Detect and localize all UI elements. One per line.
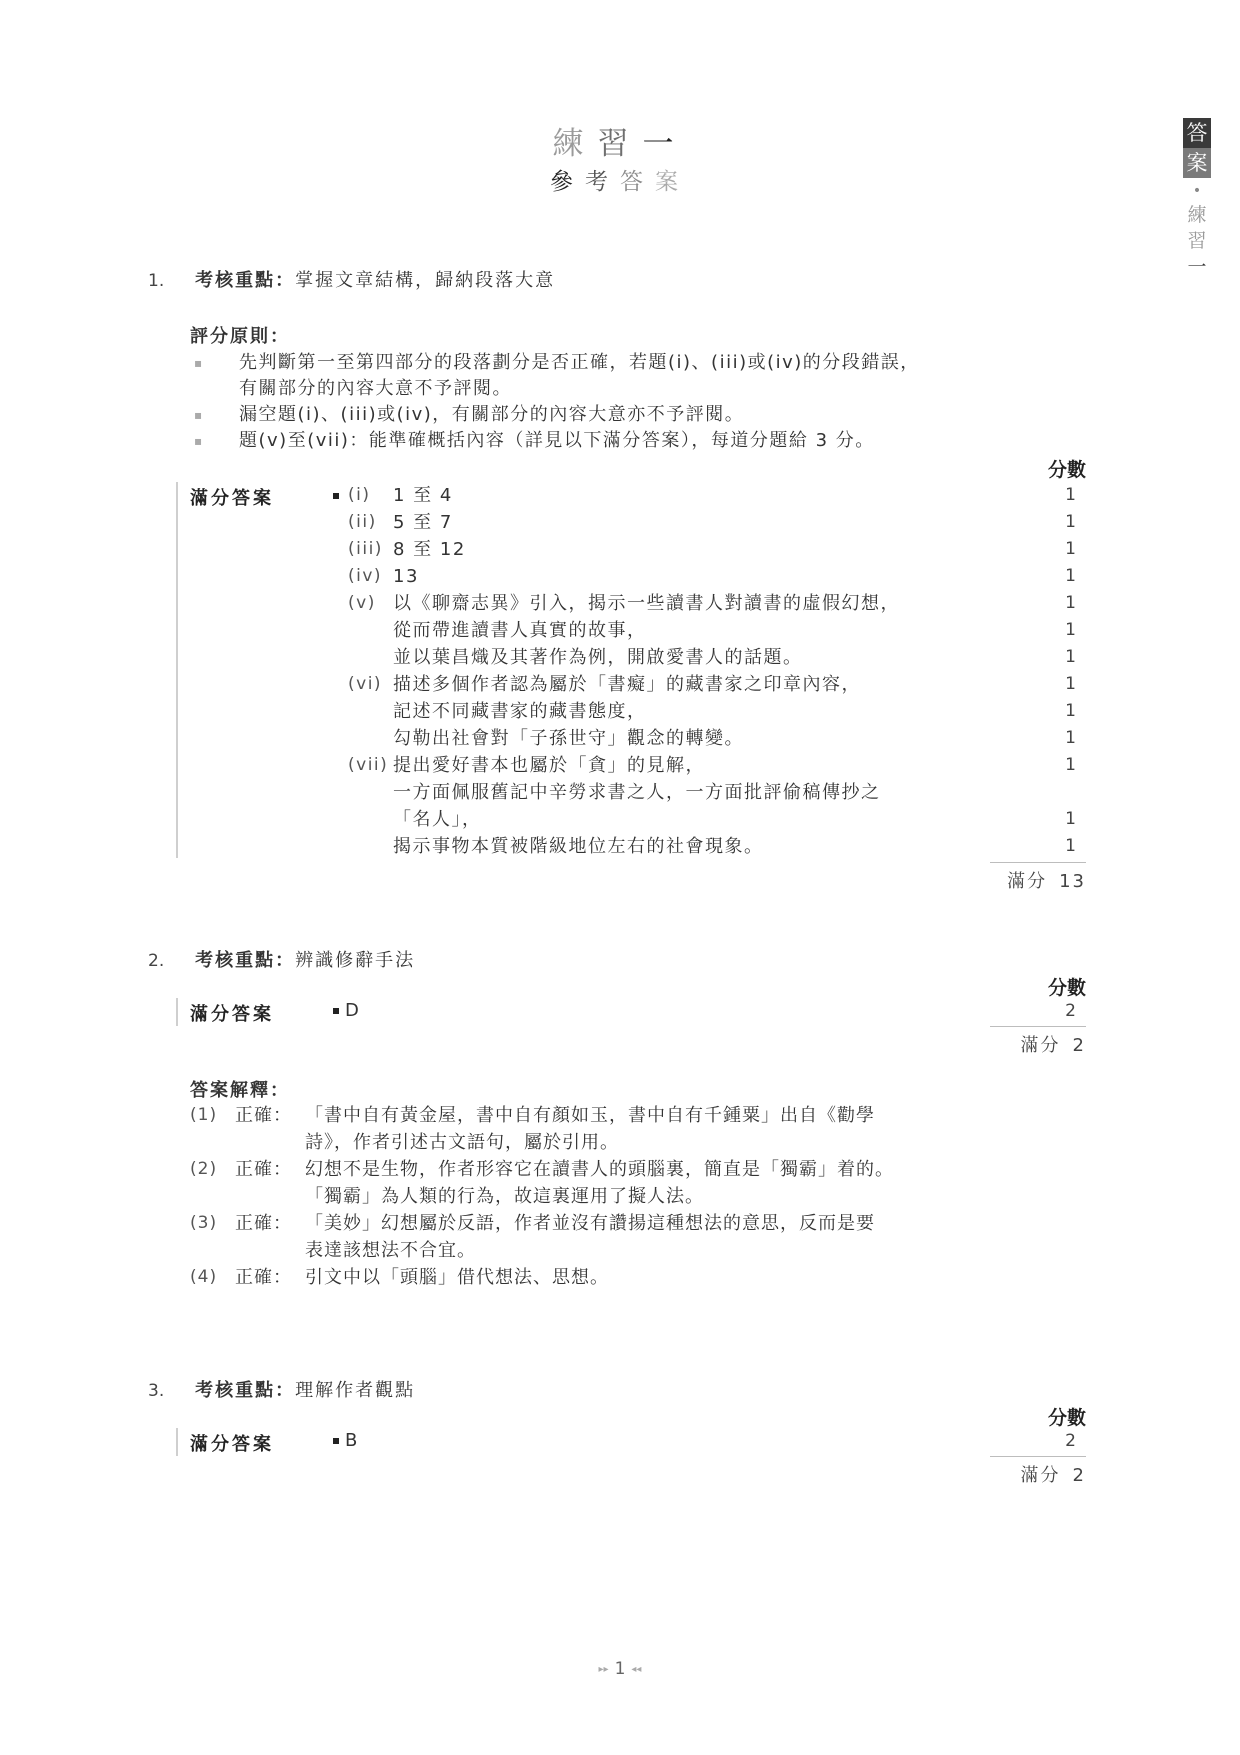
answer-bar (176, 482, 180, 858)
answer-row: (vi)描述多個作者認為屬於「書癡」的藏書家之印章內容， (348, 671, 988, 698)
question-3-focus: 3. 考核重點：理解作者觀點 (148, 1376, 948, 1402)
subtitle-char: 參 (550, 169, 585, 195)
full-answer-label: 滿分答案 (190, 1000, 274, 1026)
question-1-focus: 1. 考核重點：掌握文章結構，歸納段落大意 (148, 266, 948, 292)
score-heading: 分數 (1000, 1403, 1086, 1430)
score-value: 1 (1000, 536, 1076, 563)
rule-text: 有關部分的內容大意不予評閱。 (239, 376, 512, 402)
side-tab-vertical-text: 練 習 一 (1183, 202, 1211, 280)
question-2-focus: 2. 考核重點：辨識修辭手法 (148, 946, 948, 972)
full-answer-label: 滿分答案 (190, 484, 274, 510)
score-value: 2 (1000, 1428, 1076, 1455)
answer-row: (v)以《聊齋志異》引入，揭示一些讀書人對讀書的虛假幻想， (348, 590, 988, 617)
explanation-list: (1)正確：「書中自有黃金屋，書中自有顏如玉，書中自有千鍾粟」出自《勸學 詩》，… (190, 1102, 990, 1291)
page-subtitle: 參考答案 (0, 163, 1240, 196)
page-number: 1 (615, 1659, 626, 1679)
rule-item-continued: 有關部分的內容大意不予評閱。 (190, 376, 1010, 402)
side-tab-char: 習 (1183, 228, 1211, 254)
focus-label: 考核重點： (195, 270, 295, 291)
rules-list: ▪先判斷第一至第四部分的段落劃分是否正確，若題(i)、(iii)或(iv)的分段… (190, 350, 1010, 454)
score-value: 1 (1000, 482, 1076, 509)
answer-row: (vii)提出愛好書本也屬於「貪」的見解， (348, 752, 988, 779)
score-value (1000, 779, 1076, 806)
answer-row: 一方面佩服舊記中辛勞求書之人，一方面批評偷稿傳抄之 (348, 779, 988, 806)
rules-heading: 評分原則： (190, 322, 290, 348)
focus-text: 掌握文章結構，歸納段落大意 (295, 270, 555, 291)
square-bullet-icon (333, 485, 345, 504)
explanation-heading: 答案解釋： (190, 1076, 290, 1102)
right-arrows-icon: ▸▸ (599, 1664, 609, 1675)
question-number: 1. (148, 271, 190, 291)
answer-value: B (333, 1430, 359, 1451)
score-value: 1 (1000, 590, 1076, 617)
square-bullet-icon: ▪ (190, 402, 239, 428)
square-bullet-icon: ▪ (190, 350, 239, 376)
rule-text: 題(v)至(vii)：能準確概括內容（詳見以下滿分答案），每道分題給 3 分。 (239, 428, 875, 454)
answer-row: (iv)13 (348, 563, 988, 590)
score-value: 1 (1000, 833, 1076, 860)
score-column: 1 1 1 1 1 1 1 1 1 1 1 1 1 (1000, 482, 1076, 860)
title-char: 習 (598, 126, 643, 162)
side-tab-box-dark: 答 (1183, 118, 1211, 148)
total-score: 滿分13 (990, 862, 1086, 893)
answer-row: 記述不同藏書家的藏書態度， (348, 698, 988, 725)
score-value: 1 (1000, 671, 1076, 698)
answer-row: 從而帶進讀書人真實的故事， (348, 617, 988, 644)
answer-row: 並以葉昌熾及其著作為例，開啟愛書人的話題。 (348, 644, 988, 671)
rule-text: 先判斷第一至第四部分的段落劃分是否正確，若題(i)、(iii)或(iv)的分段錯… (239, 350, 920, 376)
total-score: 滿分2 (990, 1026, 1086, 1057)
left-arrows-icon: ◂◂ (631, 1664, 641, 1675)
score-heading: 分數 (1000, 973, 1086, 1000)
score-value: 1 (1000, 563, 1076, 590)
score-column: 2 (1000, 998, 1076, 1025)
score-value: 2 (1000, 998, 1076, 1025)
explanation-item: (3)正確：「美妙」幻想屬於反語，作者並沒有讚揚這種想法的意思，反而是要 (190, 1210, 990, 1237)
side-tab-char: 一 (1183, 254, 1211, 280)
answer-row: 勾勒出社會對「子孫世守」觀念的轉變。 (348, 725, 988, 752)
square-bullet-icon: ▪ (190, 428, 239, 454)
focus-text: 理解作者觀點 (295, 1380, 415, 1401)
section-side-tab: 答 案 • 練 習 一 (1183, 118, 1211, 280)
answer-row: (ii)5 至 7 (348, 509, 988, 536)
score-column: 2 (1000, 1428, 1076, 1455)
square-bullet-icon (333, 1008, 339, 1014)
title-char: 一 (643, 126, 688, 162)
rule-text: 漏空題(i)、(iii)或(iv)，有關部分的內容大意亦不予評閱。 (239, 402, 744, 428)
side-tab-dot: • (1183, 184, 1211, 198)
total-score: 滿分2 (990, 1456, 1086, 1487)
explanation-item: (2)正確：幻想不是生物，作者形容它在讀書人的頭腦裏，簡直是「獨霸」着的。 (190, 1156, 990, 1183)
question-number: 3. (148, 1381, 190, 1401)
answer-row: (iii)8 至 12 (348, 536, 988, 563)
title-char: 練 (553, 126, 598, 162)
focus-label: 考核重點： (195, 1380, 295, 1401)
answer-row: 揭示事物本質被階級地位左右的社會現象。 (348, 833, 988, 860)
focus-label: 考核重點： (195, 950, 295, 971)
answer-row: (i)1 至 4 (348, 482, 988, 509)
rule-item: ▪漏空題(i)、(iii)或(iv)，有關部分的內容大意亦不予評閱。 (190, 402, 1010, 428)
full-answer-label: 滿分答案 (190, 1430, 274, 1456)
answer-bar (176, 998, 180, 1026)
question-number: 2. (148, 951, 190, 971)
subtitle-char: 案 (655, 169, 690, 195)
score-value: 1 (1000, 617, 1076, 644)
score-value: 1 (1000, 752, 1076, 779)
answer-row: 「名人」， (348, 806, 988, 833)
side-tab-box-grey: 案 (1183, 148, 1211, 178)
answer-value: D (333, 1000, 361, 1021)
rule-item: ▪題(v)至(vii)：能準確概括內容（詳見以下滿分答案），每道分題給 3 分。 (190, 428, 1010, 454)
score-value: 1 (1000, 509, 1076, 536)
side-tab-char: 練 (1183, 202, 1211, 228)
score-heading: 分數 (1000, 455, 1086, 482)
explanation-item: (1)正確：「書中自有黃金屋，書中自有顏如玉，書中自有千鍾粟」出自《勸學 (190, 1102, 990, 1129)
score-value: 1 (1000, 725, 1076, 752)
explanation-item: (4)正確：引文中以「頭腦」借代想法、思想。 (190, 1264, 990, 1291)
page-footer: ▸▸1◂◂ (0, 1659, 1240, 1679)
answer-bar (176, 1428, 180, 1456)
score-value: 1 (1000, 644, 1076, 671)
square-bullet-icon (333, 1438, 339, 1444)
score-value: 1 (1000, 698, 1076, 725)
answer-items: (i)1 至 4 (ii)5 至 7 (iii)8 至 12 (iv)13 (v… (348, 482, 988, 860)
score-value: 1 (1000, 806, 1076, 833)
subtitle-char: 考 (585, 169, 620, 195)
rule-item: ▪先判斷第一至第四部分的段落劃分是否正確，若題(i)、(iii)或(iv)的分段… (190, 350, 1010, 376)
subtitle-char: 答 (620, 169, 655, 195)
focus-text: 辨識修辭手法 (295, 950, 415, 971)
page-title: 練習一 (0, 118, 1240, 163)
